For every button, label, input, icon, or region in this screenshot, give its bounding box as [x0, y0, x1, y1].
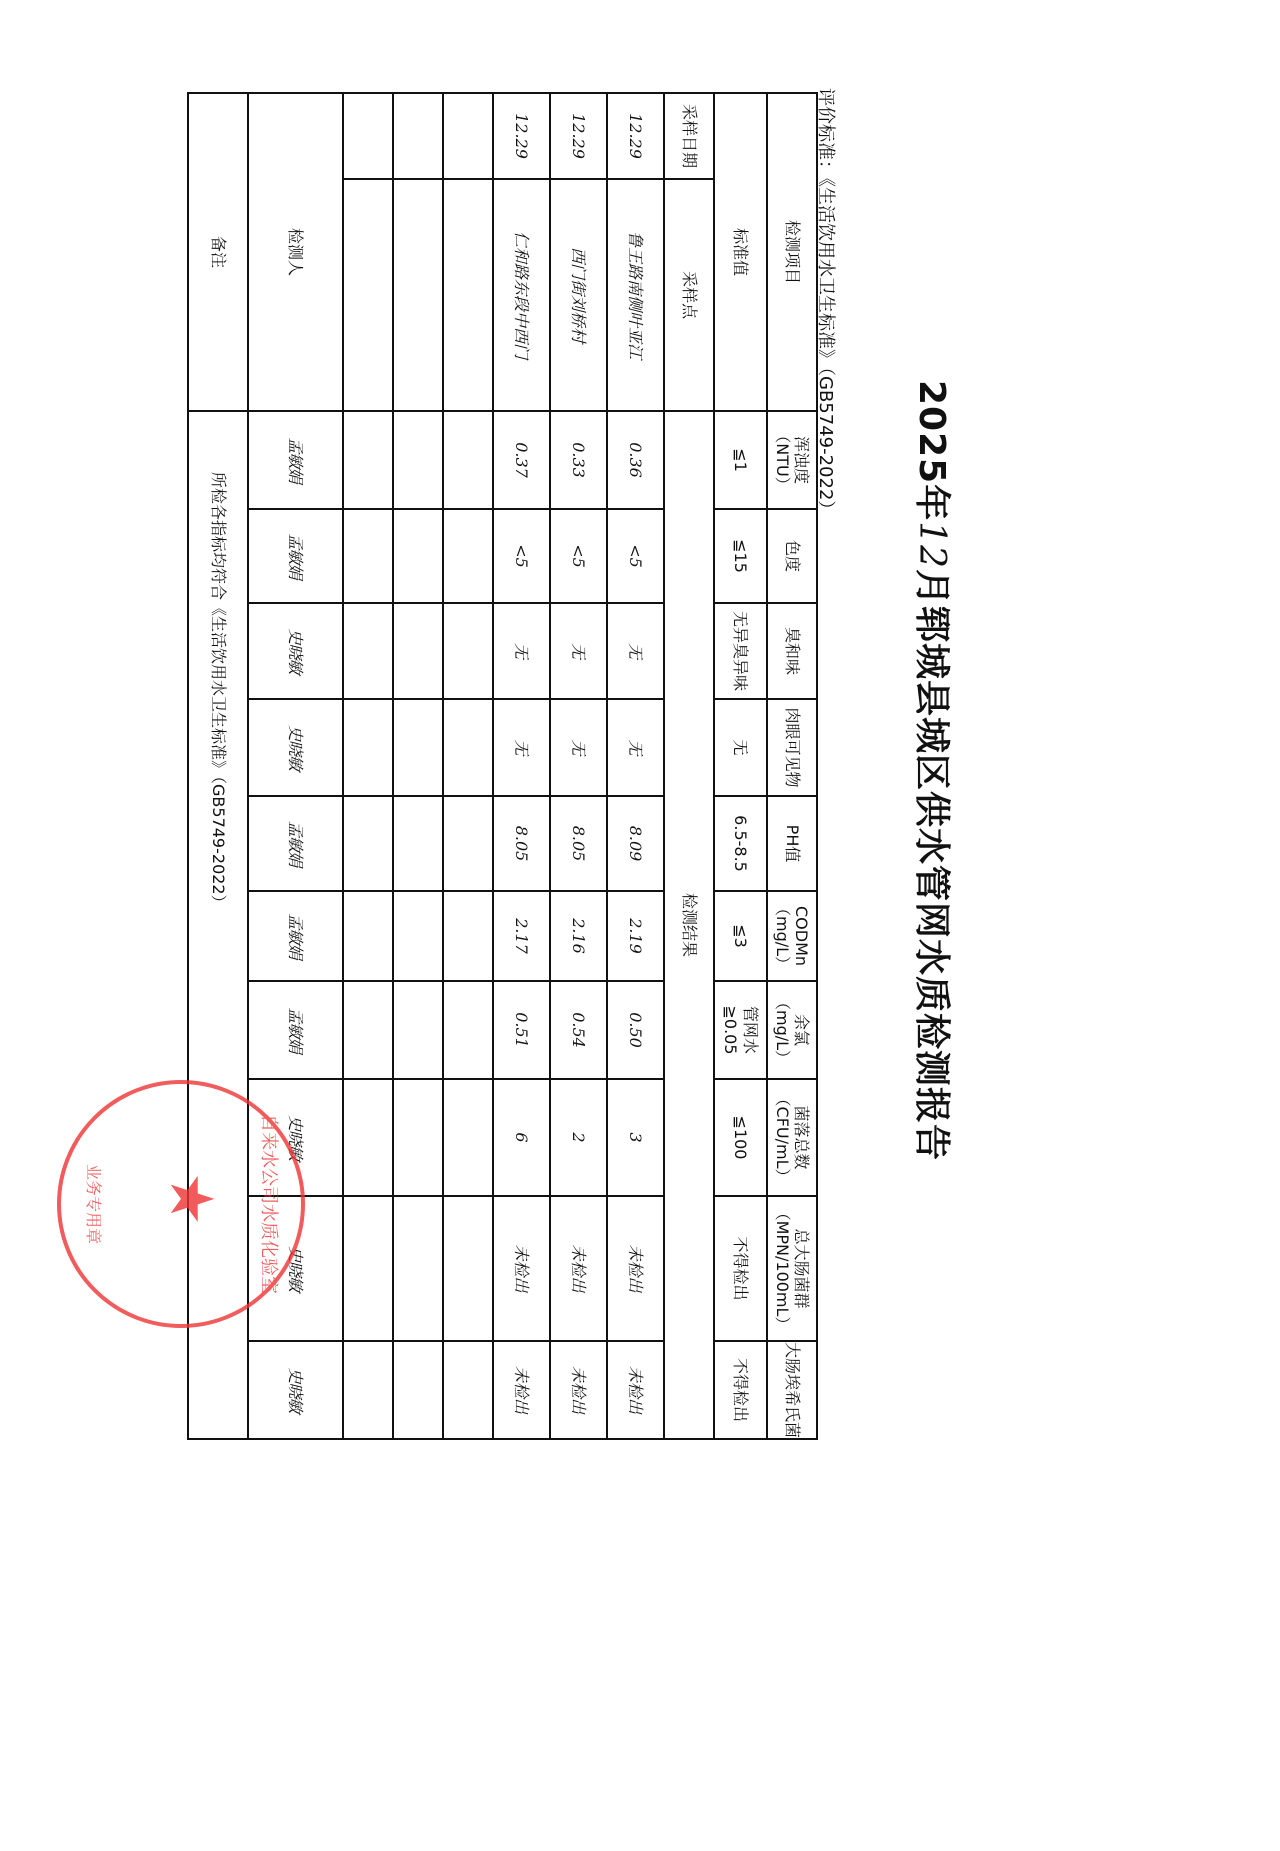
inspector-signature: 孟敏娟: [248, 796, 343, 891]
title-year: 2025年: [911, 380, 952, 521]
remarks-text: 所检各指标均符合《生活饮用水卫生标准》（GB5749-2022）: [188, 411, 248, 1439]
table-row: 12.29仁和路东段中西门0.37<5无无8.052.170.516未检出未检出: [493, 93, 550, 1439]
empty-cell: [393, 93, 443, 179]
empty-cell: [393, 1341, 443, 1439]
result-value: <5: [550, 509, 607, 603]
result-value: <5: [493, 509, 550, 603]
sampling-point-label: 采样点: [664, 179, 714, 411]
title-month-handwritten: 12: [911, 521, 952, 569]
standard-value: 管网水≧0.05: [714, 981, 767, 1079]
result-value: 未检出: [607, 1341, 664, 1439]
inspector-signature: 史晓敏: [248, 1341, 343, 1439]
result-value: 无: [550, 699, 607, 796]
title-text: 月郓城县城区供水管网水质检测报告: [911, 569, 952, 1161]
result-value: 0.50: [607, 981, 664, 1079]
result-value: 2: [550, 1079, 607, 1196]
result-value: 未检出: [607, 1196, 664, 1341]
empty-cell: [393, 699, 443, 796]
empty-cell: [343, 1196, 393, 1341]
empty-cell: [393, 411, 443, 509]
empty-cell: [343, 603, 393, 699]
empty-cell: [443, 981, 493, 1079]
result-value: 2.17: [493, 891, 550, 981]
sampling-point: 西门街刘桥村: [550, 179, 607, 411]
sampling-date: 12.29: [493, 93, 550, 179]
standard-value-label: 标准值: [714, 93, 767, 411]
results-label: 检测结果: [664, 411, 714, 1439]
result-value: 6: [493, 1079, 550, 1196]
column-header: 余氯（mg/L）: [767, 981, 817, 1079]
empty-cell: [443, 411, 493, 509]
empty-cell: [343, 1341, 393, 1439]
column-header: PH值: [767, 796, 817, 891]
standard-value: ≦3: [714, 891, 767, 981]
empty-cell: [443, 891, 493, 981]
empty-cell: [443, 509, 493, 603]
result-value: 无: [493, 603, 550, 699]
result-value: 0.33: [550, 411, 607, 509]
column-header: 浑浊度（NTU）: [767, 411, 817, 509]
sampling-date-label: 采样日期: [664, 93, 714, 179]
empty-row: [443, 93, 493, 1439]
standard-value: 6.5-8.5: [714, 796, 767, 891]
column-header: 大肠埃希氏菌: [767, 1341, 817, 1439]
empty-cell: [343, 93, 393, 179]
standard-value: 不得检出: [714, 1196, 767, 1341]
empty-cell: [393, 981, 443, 1079]
inspector-signature: 孟敏娟: [248, 411, 343, 509]
result-value: 未检出: [493, 1196, 550, 1341]
result-value: 0.36: [607, 411, 664, 509]
empty-cell: [343, 179, 393, 411]
result-value: 8.05: [550, 796, 607, 891]
seal-bottom-text: 业务专用章: [83, 1104, 106, 1304]
sampling-date: 12.29: [550, 93, 607, 179]
result-value: 0.37: [493, 411, 550, 509]
table-row: 12.29西门街刘桥村0.33<5无无8.052.160.542未检出未检出: [550, 93, 607, 1439]
result-value: 0.51: [493, 981, 550, 1079]
remarks-row: 备注所检各指标均符合《生活饮用水卫生标准》（GB5749-2022）: [188, 93, 248, 1439]
inspector-signature: 史晓敏: [248, 603, 343, 699]
empty-cell: [393, 796, 443, 891]
inspector-label: 检测人: [248, 93, 343, 411]
standard-value: 无异臭异味: [714, 603, 767, 699]
inspector-signature: 孟敏娟: [248, 981, 343, 1079]
standard-value: ≦1: [714, 411, 767, 509]
column-header: 色度: [767, 509, 817, 603]
sampling-point: 鲁王路南侧叶亚江: [607, 179, 664, 411]
empty-cell: [443, 1196, 493, 1341]
column-header: 总大肠菌群（MPN/100mL）: [767, 1196, 817, 1341]
inspector-row: 检测人孟敏娟孟敏娟史晓敏史晓敏孟敏娟孟敏娟孟敏娟史晓敏史晓敏史晓敏: [248, 93, 343, 1439]
empty-cell: [343, 981, 393, 1079]
inspector-signature: 史晓敏: [248, 699, 343, 796]
column-header: 肉眼可见物: [767, 699, 817, 796]
empty-row: [393, 93, 443, 1439]
item-label: 检测项目: [767, 93, 817, 411]
empty-cell: [443, 1341, 493, 1439]
standard-value: 无: [714, 699, 767, 796]
empty-cell: [443, 179, 493, 411]
empty-cell: [393, 603, 443, 699]
table-row: 12.29鲁王路南侧叶亚江0.36<5无无8.092.190.503未检出未检出: [607, 93, 664, 1439]
result-value: 8.05: [493, 796, 550, 891]
inspector-signature: 孟敏娟: [248, 509, 343, 603]
empty-cell: [393, 891, 443, 981]
header-row: 检测项目浑浊度（NTU）色度臭和味肉眼可见物PH值CODMn（mg/L）余氯（m…: [767, 93, 817, 1439]
result-value: 2.19: [607, 891, 664, 981]
empty-cell: [443, 1079, 493, 1196]
result-value: 8.09: [607, 796, 664, 891]
result-value: <5: [607, 509, 664, 603]
result-value: 2.16: [550, 891, 607, 981]
empty-cell: [393, 179, 443, 411]
result-value: 无: [550, 603, 607, 699]
standard-row: 标准值≦1≦15无异臭异味无6.5-8.5≦3管网水≧0.05≦100不得检出不…: [714, 93, 767, 1439]
inspector-signature: 史晓敏: [248, 1079, 343, 1196]
result-value: 未检出: [550, 1341, 607, 1439]
subheader-row: 采样日期采样点检测结果: [664, 93, 714, 1439]
empty-cell: [343, 796, 393, 891]
result-value: 未检出: [550, 1196, 607, 1341]
column-header: 臭和味: [767, 603, 817, 699]
report-sheet: 2025年12月郓城县城区供水管网水质检测报告 评价标准：《生活饮用水卫生标准》…: [0, 0, 1000, 1480]
result-value: 未检出: [493, 1341, 550, 1439]
result-value: 无: [607, 699, 664, 796]
empty-cell: [343, 411, 393, 509]
standard-value: ≦15: [714, 509, 767, 603]
empty-cell: [443, 796, 493, 891]
standard-value: 不得检出: [714, 1341, 767, 1439]
empty-cell: [343, 1079, 393, 1196]
empty-cell: [343, 891, 393, 981]
result-value: 0.54: [550, 981, 607, 1079]
remarks-label: 备注: [188, 93, 248, 411]
empty-cell: [443, 603, 493, 699]
empty-cell: [443, 699, 493, 796]
result-value: 无: [607, 603, 664, 699]
results-table: 检测项目浑浊度（NTU）色度臭和味肉眼可见物PH值CODMn（mg/L）余氯（m…: [187, 92, 818, 1440]
empty-cell: [393, 1196, 443, 1341]
column-header: CODMn（mg/L）: [767, 891, 817, 981]
result-value: 3: [607, 1079, 664, 1196]
inspector-signature: 孟敏娟: [248, 891, 343, 981]
inspector-signature: 史晓敏: [248, 1196, 343, 1341]
empty-cell: [393, 1079, 443, 1196]
empty-cell: [343, 509, 393, 603]
empty-cell: [393, 509, 443, 603]
empty-row: [343, 93, 393, 1439]
empty-cell: [343, 699, 393, 796]
sampling-point: 仁和路东段中西门: [493, 179, 550, 411]
standard-value: ≦100: [714, 1079, 767, 1196]
result-value: 无: [493, 699, 550, 796]
sampling-date: 12.29: [607, 93, 664, 179]
report-title: 2025年12月郓城县城区供水管网水质检测报告: [909, 380, 960, 1280]
column-header: 菌落总数（CFU/mL）: [767, 1079, 817, 1196]
empty-cell: [443, 93, 493, 179]
